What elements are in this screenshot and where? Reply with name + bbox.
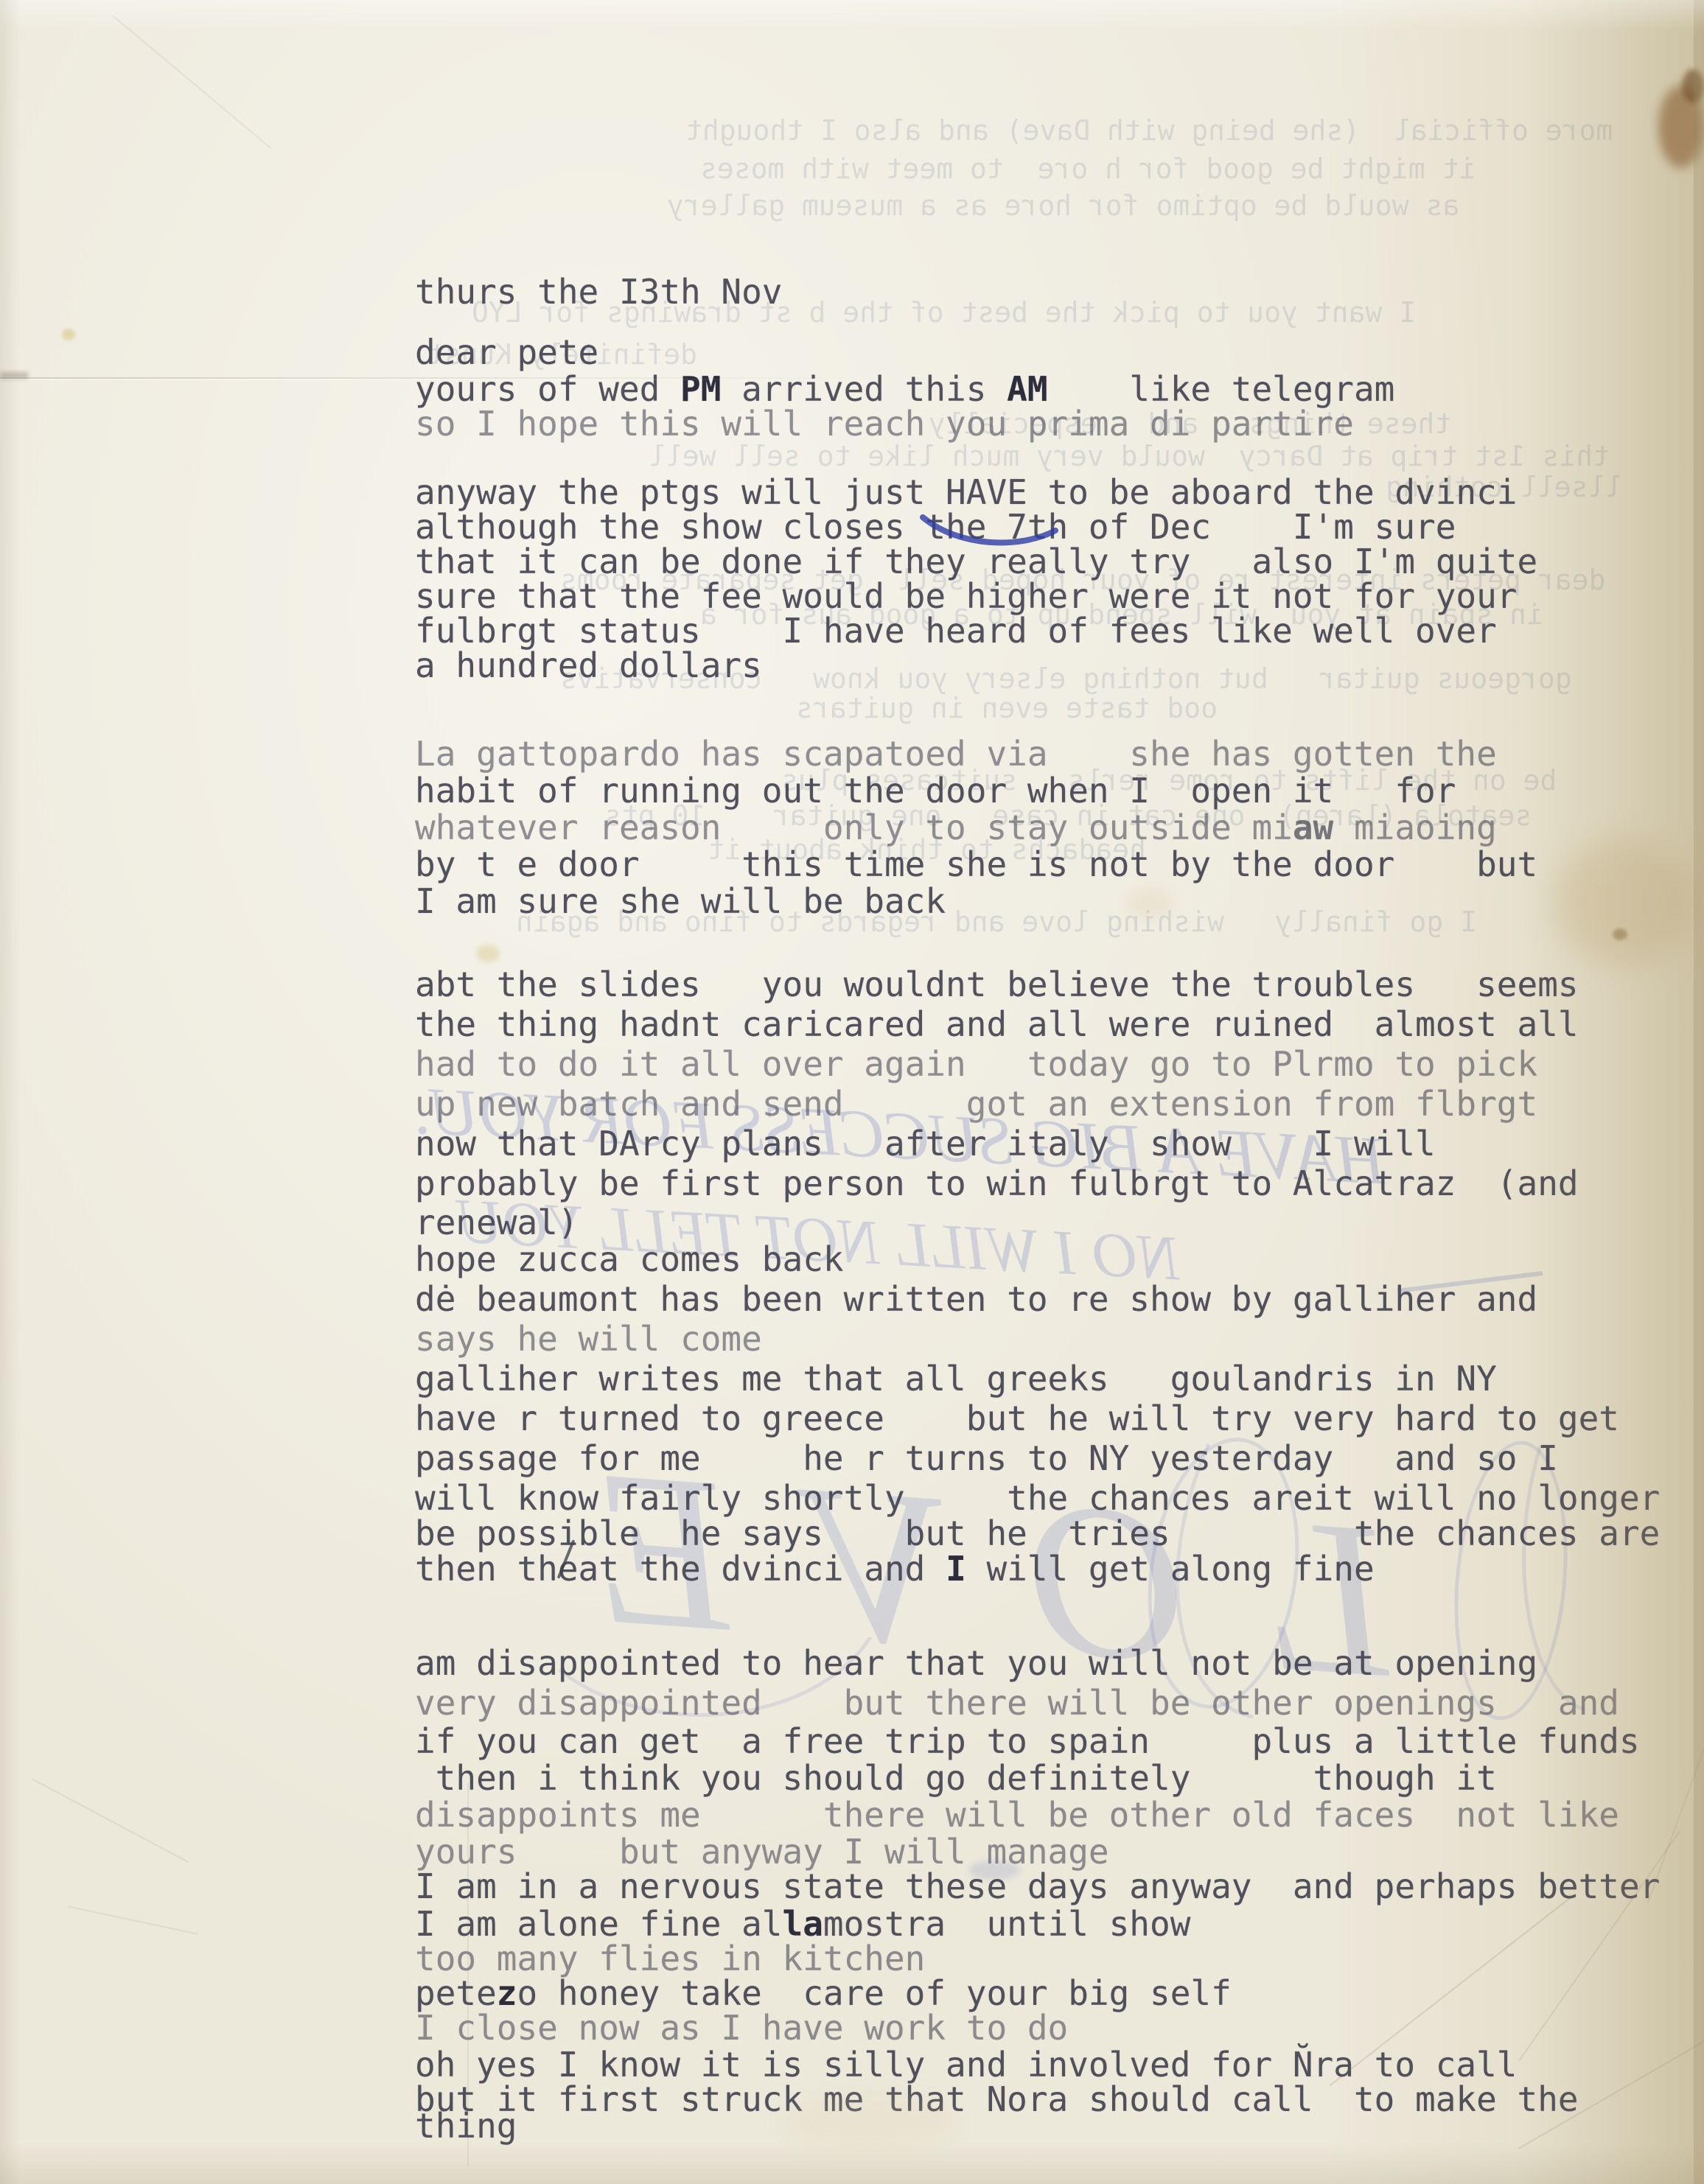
typed-line: if you can get a free trip to spain plus… (415, 1724, 1640, 1758)
typed-line: the thing hadnt caricared and all were r… (415, 1007, 1579, 1041)
bleedthrough-typed-line: more official (she being with Dave) and … (685, 116, 1613, 144)
typed-line: a hundred dollars (415, 648, 762, 682)
typed-line: yours but anyway I will manage (415, 1835, 1109, 1869)
typed-line: La gattopardo has scapatoed via she has … (415, 737, 1497, 771)
letter-page: more official (she being with Dave) and … (0, 0, 1704, 2184)
page-edge-shadow (0, 0, 1704, 31)
typed-line: dė beaumont has been written to re show … (415, 1282, 1537, 1316)
typed-line: that it can be done if they really try a… (415, 545, 1537, 578)
typed-line: so I hope this will reach you prima di p… (415, 407, 1354, 441)
paper-stain (1682, 69, 1704, 103)
typed-line: then i think you should go definitely th… (415, 1761, 1497, 1795)
paper-crease (0, 372, 28, 379)
typed-line: I close now as I have work to do (415, 2011, 1068, 2045)
typed-line: whatever reason only to stay outside mia… (415, 811, 1497, 844)
typed-line: then theat the dvinci and I will get alo… (415, 1552, 1375, 1586)
bleedthrough-typed-line: it might be good for h ore to meet with … (700, 155, 1476, 183)
typed-line: although the show closes the 7th of Dec … (415, 510, 1456, 544)
paper-stain (1658, 85, 1704, 168)
typed-line: I am sure she will be back (415, 884, 946, 918)
typed-line: be possible he says but he tries the cha… (415, 1516, 1660, 1550)
page-edge-shadow (1520, 0, 1704, 2184)
typed-line: will know fairly shortly the chances are… (415, 1481, 1660, 1515)
typed-line: am disappointed to hear that you will no… (415, 1646, 1537, 1680)
typed-line: I am in a nervous state these days anywa… (415, 1869, 1660, 1903)
page-edge-shadow (0, 2143, 1704, 2184)
typed-line: by t e door this time she is not by the … (415, 847, 1537, 881)
typed-line: sure that the fee would be higher were i… (415, 579, 1518, 613)
paper-crease (112, 15, 271, 149)
paper-stain (1554, 839, 1695, 965)
typed-line: disappoints me there will be other old f… (415, 1798, 1619, 1832)
typed-line: dear pete (415, 335, 598, 369)
typed-line: had to do it all over again today go to … (415, 1047, 1537, 1081)
typed-line: now that DArcy plans after italy show I … (415, 1127, 1436, 1161)
paper-stain (476, 945, 500, 962)
typed-line: passage for me he r turns to NY yesterda… (415, 1441, 1558, 1475)
paper-stain (62, 329, 75, 340)
typed-line: petezo honey take care of your big self (415, 1976, 1232, 2010)
typed-line: anyway the ptgs will just HAVE to be abo… (415, 475, 1518, 509)
page-edge-shadow (1694, 0, 1704, 2184)
paper-crease (32, 1779, 189, 1863)
paper-stain (1613, 928, 1627, 940)
typed-line: abt the slides you wouldnt believe the t… (415, 967, 1579, 1001)
typed-line: says he will come (415, 1322, 762, 1356)
typed-line: renewal) (415, 1205, 579, 1239)
bleedthrough-typed-line: this 1st trip at Darcy would very much l… (649, 442, 1610, 470)
typed-line: I am alone fine allamostra until show (415, 1907, 1190, 1941)
typed-line: very disappointed but there will be othe… (415, 1686, 1619, 1720)
typed-line: hope zucca comes back (415, 1242, 844, 1276)
typed-line: oh yes I know it is silly and involved f… (415, 2048, 1518, 2082)
typed-line: but it first struck me that Nora should … (415, 2082, 1579, 2116)
typed-line: up new batch and send got an extension f… (415, 1087, 1537, 1121)
page-edge-shadow (0, 0, 21, 2184)
typed-line: habit of running out the door when I ope… (415, 774, 1456, 808)
typed-line: galliher writes me that all greeks goula… (415, 1362, 1497, 1396)
typed-line: fulbrgt status I have heard of fees like… (415, 614, 1497, 648)
paper-crease (1518, 1831, 1680, 2061)
paper-crease (68, 1905, 198, 1934)
typed-line: thurs the I3th Nov (415, 275, 783, 309)
typed-line: too many flies in kitchen (415, 1942, 925, 1975)
typed-line: have r turned to greece but he will try … (415, 1401, 1619, 1435)
typed-line: yours of wed PM arrived this AM like tel… (415, 372, 1394, 406)
typed-line: probably be first person to win fulbrgt … (415, 1166, 1579, 1200)
bleedthrough-typed-line: as would be optimo for hore as a museum … (667, 192, 1459, 220)
bleedthrough-typed-line: ood taste even in guitars (796, 694, 1218, 722)
typed-line: thing (415, 2109, 517, 2143)
